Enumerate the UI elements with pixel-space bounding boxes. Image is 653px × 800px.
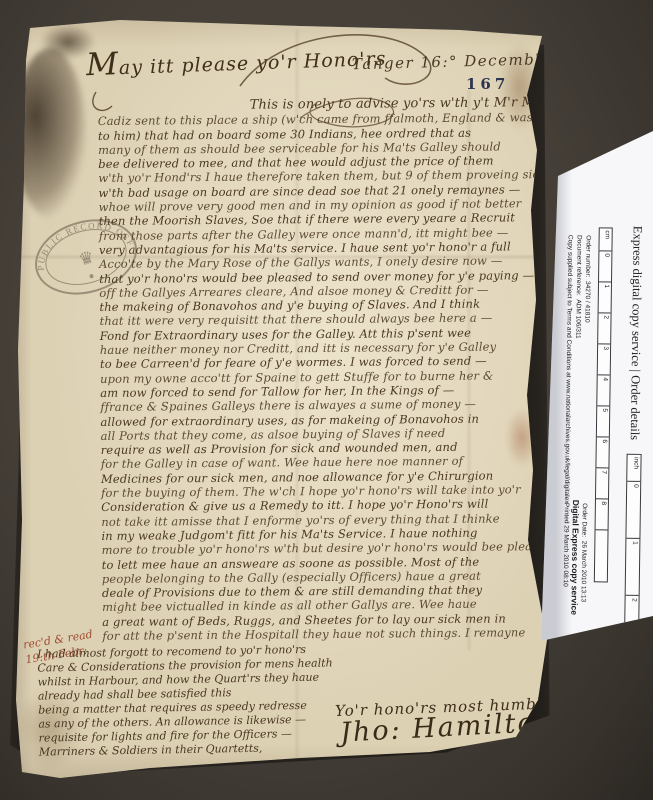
cm-ruler-cell	[595, 529, 608, 581]
postscript: I had almost forgott to recomend to yo'r…	[37, 642, 334, 759]
stamp-ornament-dot	[89, 274, 94, 279]
inch-ruler-cell: 1	[626, 538, 640, 595]
inch-ruler-cell: inch	[627, 455, 640, 481]
folio-number-stamp: 167	[466, 75, 509, 93]
printed-date: Printed 29 March 2010 08:10	[561, 503, 571, 587]
order-details: Order number: 34270 / 41810 Order Date: …	[560, 235, 592, 615]
cm-ruler-cell: 8	[596, 498, 608, 529]
cm-ruler-cell: 4	[597, 374, 609, 405]
cm-ruler: cm012345678	[594, 227, 613, 582]
label-content: Express digital copy service | Order det…	[549, 139, 648, 638]
manuscript-line: for att the p'sent in the Hospitall they…	[102, 625, 552, 643]
cm-ruler-cell: 7	[596, 467, 608, 498]
cm-ruler-cell: 3	[598, 343, 610, 374]
service-name: Digital Express copy service	[569, 500, 580, 615]
cm-ruler-cell: 5	[597, 405, 609, 436]
letter-body: This is onely to advise yo'rs w'th y't M…	[98, 96, 553, 643]
crown-icon: ♛	[76, 247, 96, 270]
cm-ruler-cell: 6	[596, 436, 608, 467]
cm-ruler-cell: 0	[599, 250, 611, 281]
cm-ruler-cell: 2	[598, 312, 610, 343]
inch-ruler-cell: 0	[626, 481, 640, 538]
scan-canvas: May itt please yo'r Hono'rs Tanger 16:° …	[0, 0, 653, 800]
label-title: Express digital copy service | Order det…	[627, 226, 645, 440]
cm-ruler-cell: 1	[599, 281, 611, 312]
cm-ruler-cell: cm	[599, 228, 611, 250]
salutation: May itt please yo'r Hono'rs	[85, 37, 386, 83]
